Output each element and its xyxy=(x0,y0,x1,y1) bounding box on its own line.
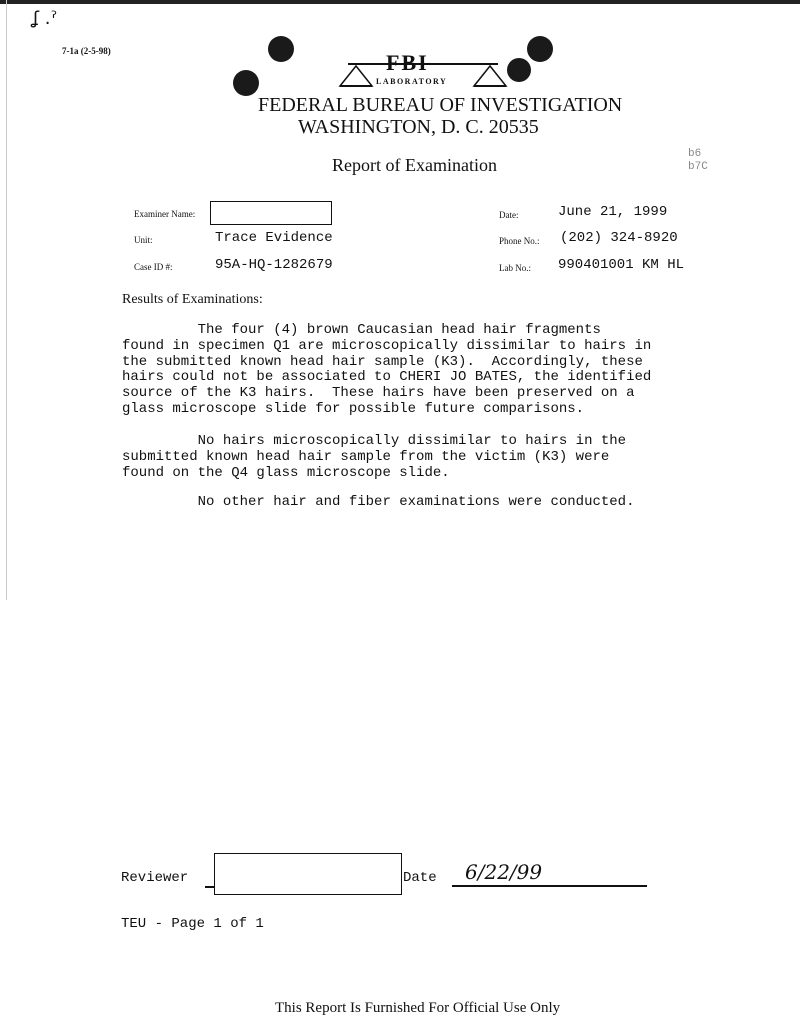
review-date-handwritten: 6/22/99 xyxy=(465,860,542,884)
punch-hole-blot xyxy=(233,70,259,96)
lab-no-value: 990401001 KM HL xyxy=(558,257,684,273)
lab-no-label: Lab No.: xyxy=(499,263,531,273)
fbi-laboratory-logo: FBI LABORATORY xyxy=(338,52,508,90)
page-info: TEU - Page 1 of 1 xyxy=(121,916,264,932)
report-title: Report of Examination xyxy=(332,155,497,176)
phone-label: Phone No.: xyxy=(499,236,540,246)
examiner-redaction-box xyxy=(210,201,332,225)
logo-laboratory-text: LABORATORY xyxy=(376,77,447,86)
date-value: June 21, 1999 xyxy=(558,204,667,220)
document-page: ʆ .ˀ 7-1a (2-5-98) FBI LABORATORY FEDERA… xyxy=(0,0,800,1032)
punch-hole-blot xyxy=(507,58,531,82)
review-date-label: Date xyxy=(403,870,437,886)
results-paragraph: No hairs microscopically dissimilar to h… xyxy=(122,434,732,481)
unit-value: Trace Evidence xyxy=(215,230,333,246)
examiner-label: Examiner Name: xyxy=(134,209,195,219)
reviewer-redaction-box xyxy=(214,853,402,895)
case-id-label: Case ID #: xyxy=(134,262,173,272)
date-label: Date: xyxy=(499,210,519,220)
scan-edge-left xyxy=(6,0,7,600)
case-id-value: 95A-HQ-1282679 xyxy=(215,257,333,273)
punch-hole-blot xyxy=(527,36,553,62)
form-number: 7-1a (2-5-98) xyxy=(62,46,111,56)
agency-address: WASHINGTON, D. C. 20535 xyxy=(298,116,539,139)
stamp-mark: ʆ .ˀ xyxy=(33,8,57,29)
scan-edge-top xyxy=(0,0,800,4)
footer-notice: This Report Is Furnished For Official Us… xyxy=(275,1000,560,1017)
logo-fbi-text: FBI xyxy=(386,50,429,76)
review-date-underline xyxy=(452,885,647,887)
results-heading: Results of Examinations: xyxy=(122,292,263,308)
results-paragraph: The four (4) brown Caucasian head hair f… xyxy=(122,323,732,418)
phone-value: (202) 324-8920 xyxy=(560,230,678,246)
reviewer-label: Reviewer xyxy=(121,870,188,886)
agency-name: FEDERAL BUREAU OF INVESTIGATION xyxy=(258,94,622,117)
results-paragraph: No other hair and fiber examinations wer… xyxy=(122,495,732,511)
punch-hole-blot xyxy=(268,36,294,62)
unit-label: Unit: xyxy=(134,235,153,245)
redaction-codes: b6 b7C xyxy=(688,148,708,174)
